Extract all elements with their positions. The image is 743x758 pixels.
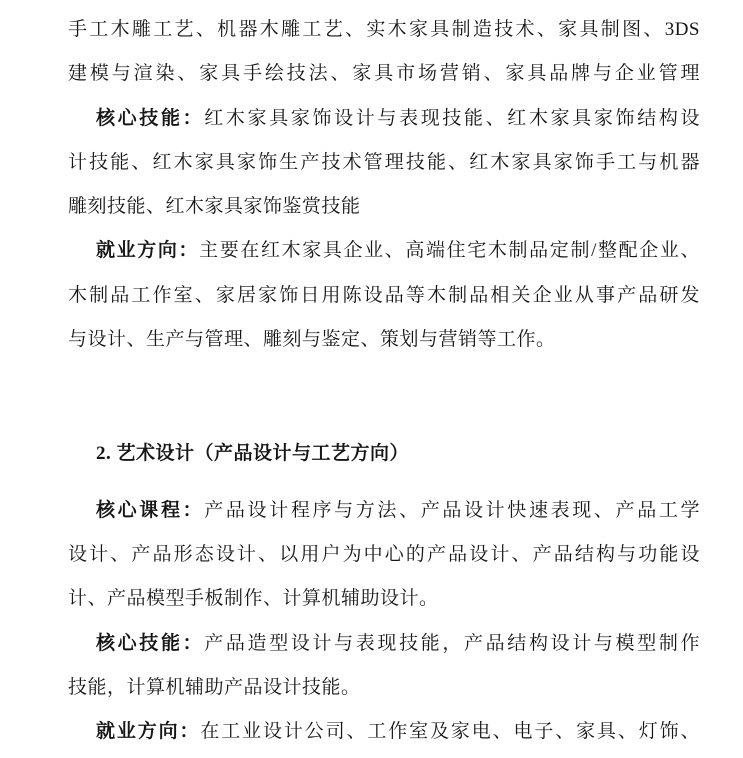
- paragraph-label: 就业方向：: [96, 240, 199, 261]
- text-line: 建模与渲染、家具手绘技法、家具市场营销、家具品牌与企业管理: [68, 52, 700, 96]
- paragraph-label: 核心课程：: [96, 500, 204, 521]
- section-heading: 2. 艺术设计（产品设计与工艺方向）: [68, 432, 700, 476]
- document-page: 手工木雕工艺、机器木雕工艺、实木家具制造技术、家具制图、3DS MAX建模与渲染…: [0, 0, 743, 758]
- text-line: 核心课程：产品设计程序与方法、产品设计快速表现、产品工学: [68, 489, 700, 533]
- text-line: 就业方向：在工业设计公司、工作室及家电、电子、家具、灯饰、: [68, 710, 700, 754]
- text-line: 计、产品模型手板制作、计算机辅助设计。: [68, 577, 700, 621]
- document-content: 手工木雕工艺、机器木雕工艺、实木家具制造技术、家具制图、3DS MAX建模与渲染…: [68, 8, 700, 754]
- paragraph-label: 核心技能：: [96, 108, 204, 129]
- text-line: 手工木雕工艺、机器木雕工艺、实木家具制造技术、家具制图、3DS MAX: [68, 8, 700, 52]
- text-line: 核心技能：红木家具家饰设计与表现技能、红木家具家饰结构设: [68, 97, 700, 141]
- text-line: 与设计、生产与管理、雕刻与鉴定、策划与营销等工作。: [68, 318, 700, 362]
- text-line: 设计、产品形态设计、以用户为中心的产品设计、产品结构与功能设: [68, 533, 700, 577]
- text-line: 雕刻技能、红木家具家饰鉴赏技能: [68, 185, 700, 229]
- text-line: 核心技能：产品造型设计与表现技能，产品结构设计与模型制作: [68, 622, 700, 666]
- text-line: 就业方向：主要在红木家具企业、高端住宅木制品定制/整配企业、: [68, 229, 700, 273]
- text-line: 计技能、红木家具家饰生产技术管理技能、红木家具家饰手工与机器: [68, 141, 700, 185]
- paragraph-label: 核心技能：: [96, 633, 204, 654]
- text-line: 木制品工作室、家居家饰日用陈设品等木制品相关企业从事产品研发: [68, 274, 700, 318]
- paragraph-label: 就业方向：: [96, 721, 200, 742]
- text-line: 技能，计算机辅助产品设计技能。: [68, 666, 700, 710]
